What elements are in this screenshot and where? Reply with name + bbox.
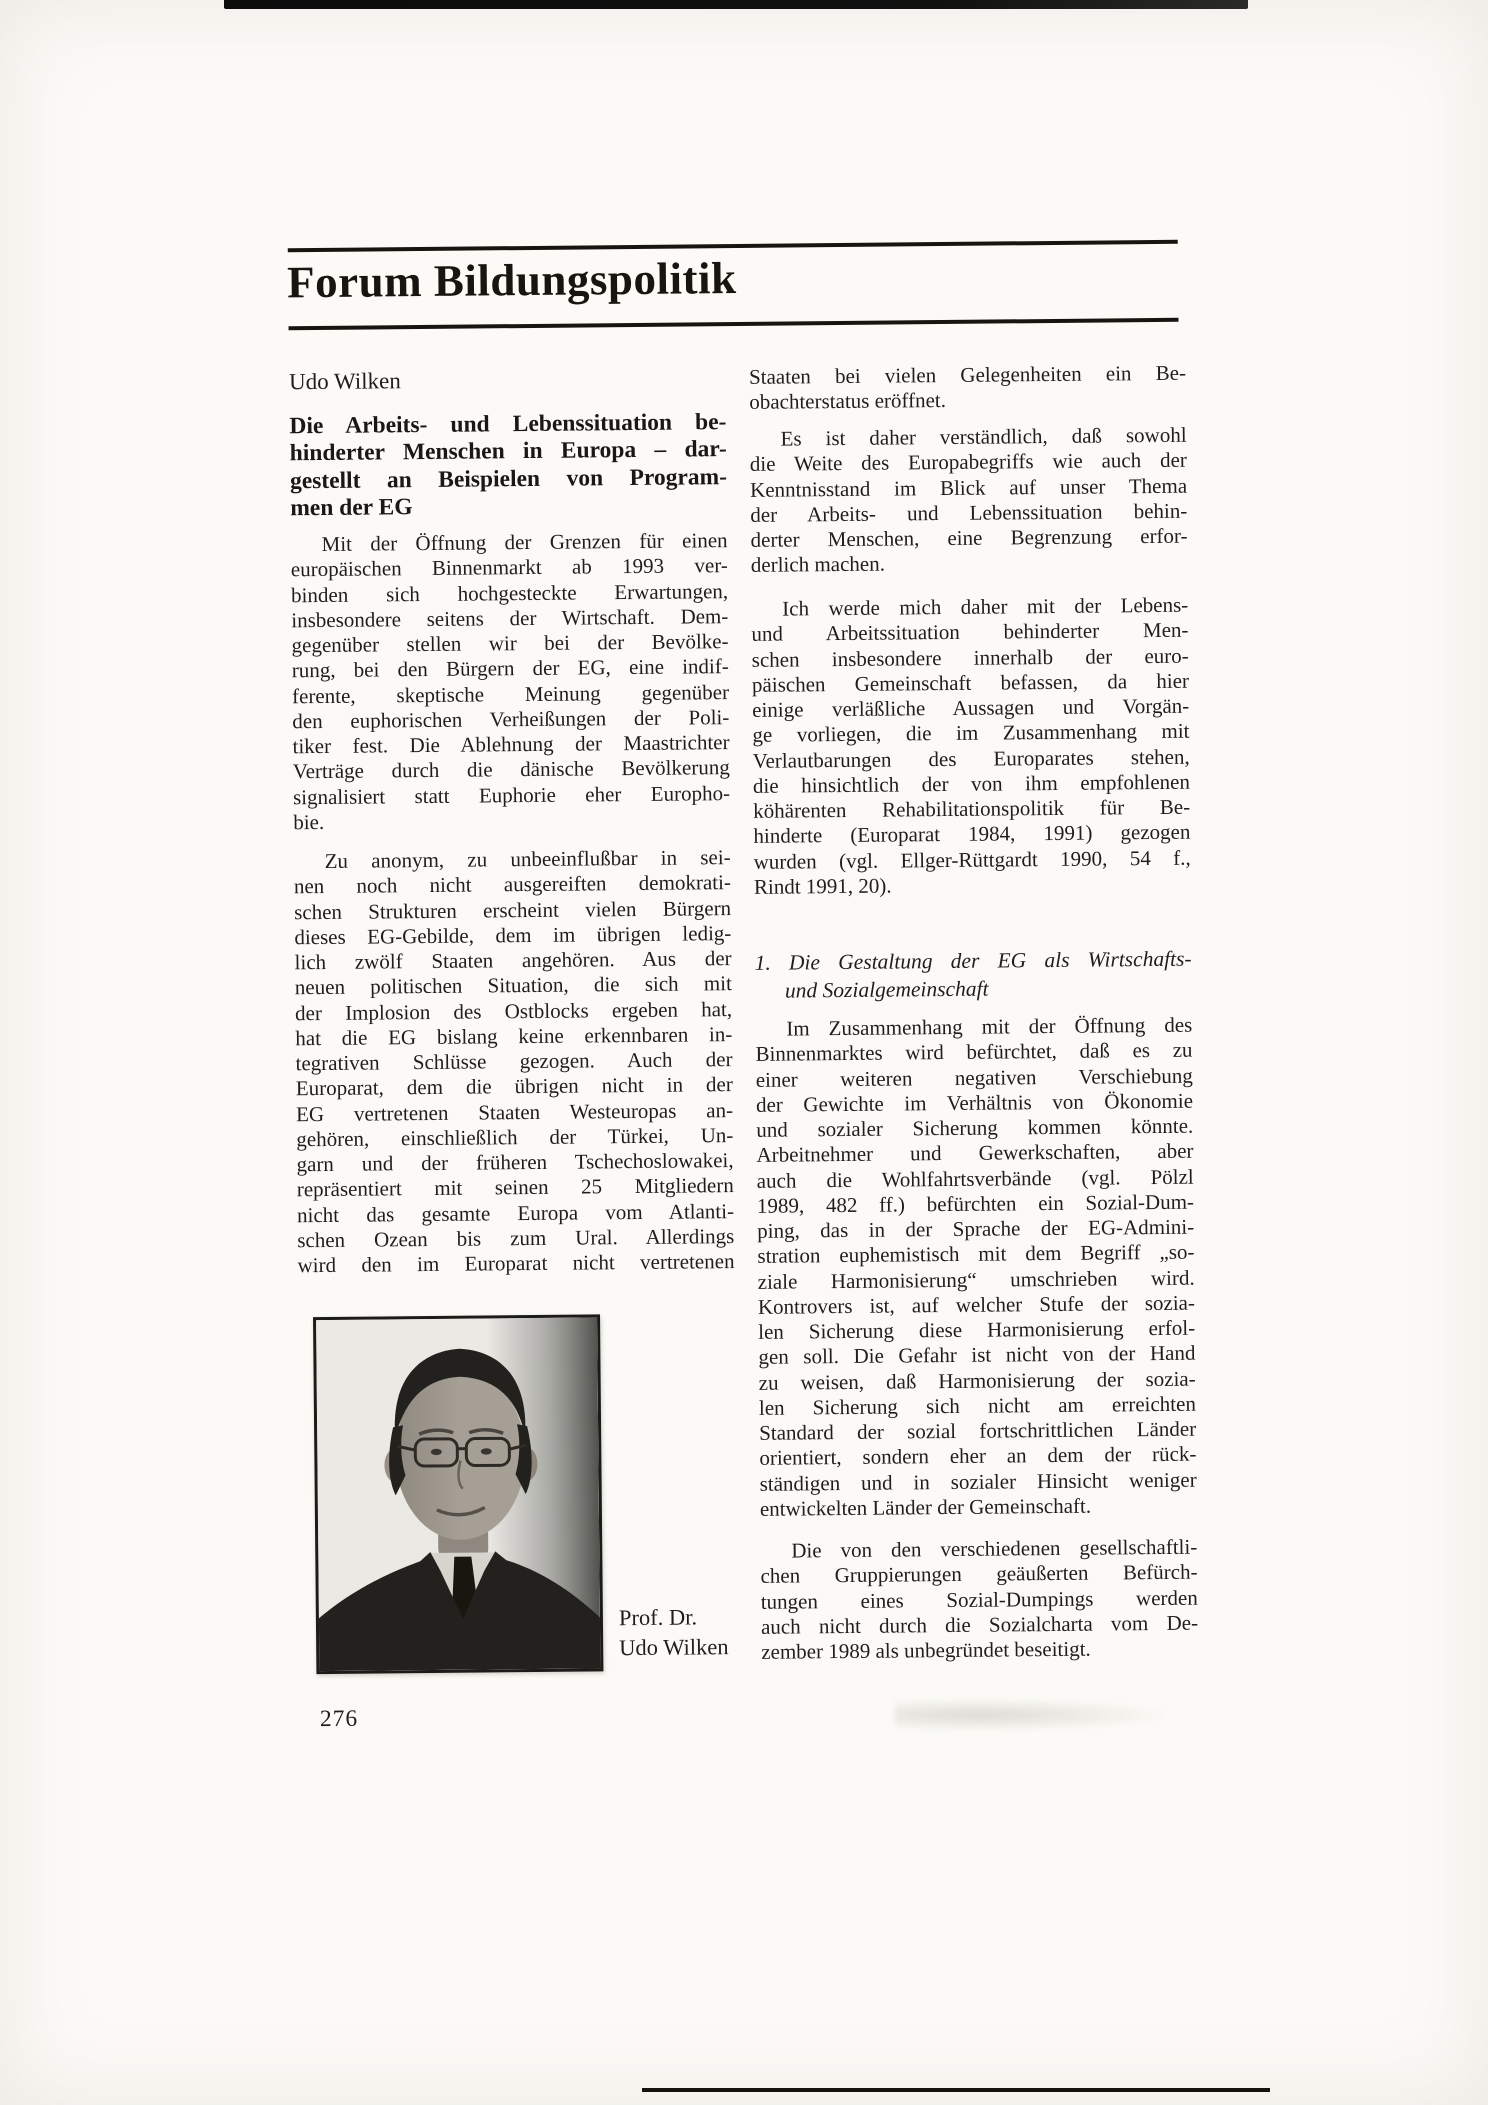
- text-line: rung, bei den Bürgern der EG, eine indif…: [292, 654, 729, 683]
- author-name: Udo Wilken: [289, 368, 401, 395]
- text-line: ständigen und in sozialer Hinsicht wenig…: [760, 1467, 1197, 1496]
- text-line: entwickelten Länder der Gemeinschaft.: [760, 1492, 1197, 1521]
- text-line: auch nicht durch die Sozialcharta vom De…: [761, 1610, 1198, 1639]
- text-line: Kenntnisstand im Blick auf unser Thema: [750, 473, 1187, 502]
- article-title: Die Arbeits- und Lebenssituation be-hind…: [289, 409, 727, 523]
- text-line: EG vertretenen Staaten Westeuropas an-: [296, 1098, 733, 1127]
- text-line: 1. Die Gestaltung der EG als Wirtschafts…: [755, 946, 1192, 978]
- page-title: Forum Bildungspolitik: [287, 252, 737, 308]
- text-line: chen Gruppierungen geäußerten Befürch-: [760, 1560, 1197, 1589]
- paragraph-right-0: Staaten bei vielen Gelegenheiten ein Be-…: [749, 361, 1186, 416]
- header-rule-top: [288, 240, 1178, 253]
- text-line: signalisiert statt Euphorie eher Europho…: [293, 781, 730, 810]
- text-line: Staaten bei vielen Gelegenheiten ein Be-: [749, 361, 1186, 390]
- text-line: gen soll. Die Gefahr ist nicht von der H…: [758, 1341, 1195, 1370]
- text-line: men der EG: [290, 491, 727, 523]
- text-line: orientiert, sondern eher an dem der rück…: [759, 1442, 1196, 1471]
- scanned-journal-page: Forum Bildungspolitik Udo Wilken Die Arb…: [0, 0, 1488, 2105]
- text-line: auch die Wohlfahrtsverbände (vgl. Pölzl: [757, 1164, 1194, 1193]
- text-line: derter Menschen, eine Begrenzung erfor-: [750, 524, 1187, 553]
- text-line: ge vorliegen, die im Zusammenhang mit: [752, 719, 1189, 748]
- text-line: die Weite des Europabegriffs wie auch de…: [750, 448, 1187, 477]
- page-content: Forum Bildungspolitik Udo Wilken Die Arb…: [0, 0, 1488, 2105]
- text-line: gestellt an Beispielen von Program-: [290, 464, 727, 496]
- text-line: obachterstatus eröffnet.: [749, 386, 1186, 415]
- paragraph-right-1: Es ist daher verständlich, daß sowohldie…: [749, 423, 1187, 579]
- text-line: Udo Wilken: [619, 1632, 729, 1663]
- paragraph-left-2: Zu anonym, zu unbeeinflußbar in sei-nen …: [294, 845, 735, 1278]
- text-line: schen insbesondere innerhalb der euro-: [752, 643, 1189, 672]
- text-line: wurden (vgl. Ellger-Rüttgardt 1990, 54 f…: [754, 845, 1191, 874]
- text-line: schen Strukturen erscheint vielen Bürger…: [294, 896, 731, 925]
- text-line: bie.: [293, 806, 730, 835]
- text-line: Verträge durch die dänische Bevölkerung: [293, 755, 730, 784]
- text-line: ferente, skeptische Meinung gegenüber: [292, 680, 729, 709]
- text-line: und Sozialgemeinschaft: [755, 973, 1192, 1005]
- paragraph-right-3: Im Zusammenhang mit der Öffnung desBinne…: [755, 1013, 1197, 1522]
- text-line: und Arbeitssituation behinderter Men-: [751, 618, 1188, 647]
- text-line: tungen eines Sozial-Dumpings werden: [761, 1585, 1198, 1614]
- section-heading-1: 1. Die Gestaltung der EG als Wirtschafts…: [755, 946, 1193, 1005]
- text-line: einer weiteren negativen Verschiebung: [756, 1063, 1193, 1092]
- text-line: der Implosion des Ostblocks ergeben hat,: [295, 997, 732, 1026]
- paragraph-left-1: Mit der Öffnung der Grenzen für eineneur…: [290, 528, 730, 835]
- text-line: neuen politischen Situation, die sich mi…: [295, 971, 732, 1000]
- text-line: nicht das gesamte Europa vom Atlanti-: [297, 1199, 734, 1228]
- paragraph-right-4: Die von den verschiedenen gesellschaftli…: [760, 1535, 1198, 1665]
- text-line: zember 1989 als unbegründet beseitigt.: [761, 1636, 1198, 1665]
- text-line: Prof. Dr.: [619, 1602, 729, 1633]
- text-line: nen noch nicht ausgereiften demokrati-: [294, 870, 731, 899]
- text-line: stration euphemistisch mit dem Begriff „…: [757, 1240, 1194, 1269]
- text-line: Verlautbarungen des Europarates stehen,: [753, 744, 1190, 773]
- text-line: Die Arbeits- und Lebenssituation be-: [289, 409, 726, 441]
- portrait-illustration: [316, 1317, 600, 1671]
- text-line: repräsentiert mit seinen 25 Mitgliedern: [297, 1173, 734, 1202]
- portrait-photo: [313, 1314, 603, 1674]
- text-line: wird den im Europarat nicht vertretenen: [297, 1249, 734, 1278]
- header-rule-bottom: [289, 318, 1179, 331]
- text-line: derlich machen.: [751, 549, 1188, 578]
- text-line: ziale Harmonisierung“ umschrieben wird.: [758, 1265, 1195, 1294]
- text-line: Rindt 1991, 20).: [754, 870, 1191, 899]
- page-number: 276: [320, 1706, 359, 1733]
- photo-caption: Prof. Dr.Udo Wilken: [619, 1602, 729, 1662]
- text-line: Europarat, dem die übrigen nicht in der: [296, 1072, 733, 1101]
- text-line: hinderte (Europarat 1984, 1991) gezogen: [753, 820, 1190, 849]
- text-line: europäischen Binnenmarkt ab 1993 ver-: [291, 553, 728, 582]
- text-line: hinderter Menschen in Europa – dar-: [290, 437, 727, 469]
- text-line: binden sich hochgesteckte Erwartungen,: [291, 579, 728, 608]
- text-line: Arbeitnehmer und Gewerkschaften, aber: [756, 1139, 1193, 1168]
- paragraph-right-2: Ich werde mich daher mit der Lebens-und …: [751, 593, 1191, 900]
- text-line: Binnenmarktes wird befürchtet, daß es zu: [755, 1038, 1192, 1067]
- text-line: zu weisen, daß Harmonisierung der sozia-: [759, 1366, 1196, 1395]
